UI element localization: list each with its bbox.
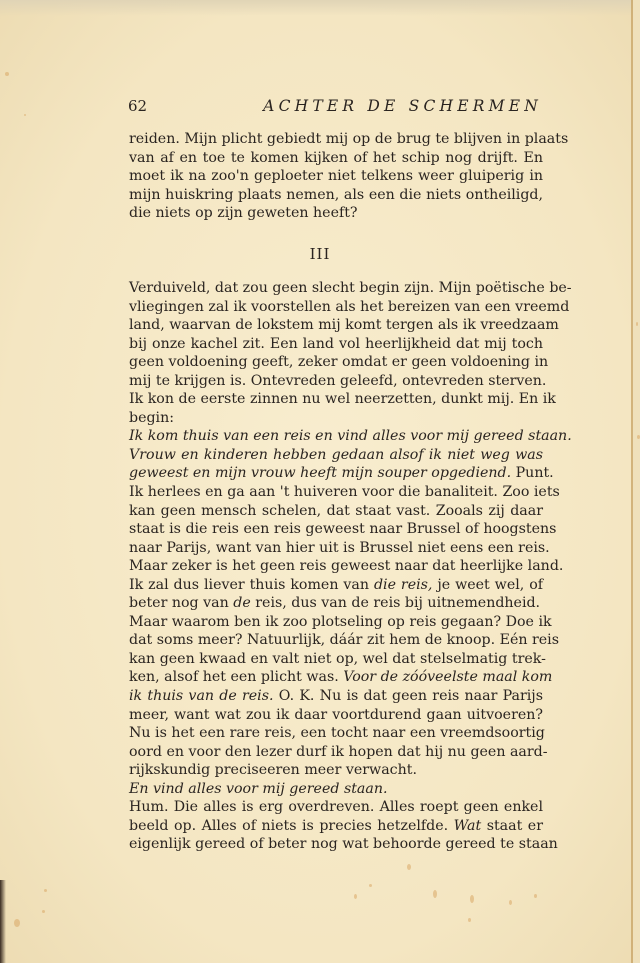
book-title: ACHTER DE SCHERMEN [263, 97, 542, 115]
text-segment: Maar zeker is het geen reis geweest naar… [129, 558, 563, 574]
page-number: 62 [128, 97, 147, 115]
text-segment: naar Parijs, want van hier uit is Brusse… [129, 540, 550, 556]
foxing-spot [636, 322, 638, 326]
foxing-spot [24, 114, 26, 116]
text-segment: land, waarvan de lokstem mij komt tergen… [129, 317, 559, 333]
italic-text: Wat [454, 818, 482, 834]
text-line: Ik kon de eerste zinnen nu wel neerzette… [129, 390, 543, 409]
text-segment: bij onze kachel zit. Een land vol heerli… [129, 336, 543, 352]
italic-text: die reis, [374, 577, 432, 593]
text-line: begin: [129, 409, 543, 428]
book-page: 62 ACHTER DE SCHERMEN reiden. Mijn plich… [0, 0, 640, 963]
text-segment: meer, want wat zou ik daar voortdurend g… [129, 707, 543, 723]
italic-text: de [233, 595, 250, 611]
text-line: beeld op. Alles of niets is precies hetz… [129, 817, 543, 836]
text-segment: oord en voor den lezer durf ik hopen dat… [129, 744, 548, 760]
text-line: rijkskundig preciseeren meer verwacht. [129, 761, 543, 780]
text-line: Nu is het een rare reis, een tocht naar … [129, 724, 543, 743]
text-line: geweest en mijn vrouw heeft mijn souper … [129, 464, 543, 483]
foxing-spot [42, 910, 45, 913]
foxing-spot [354, 894, 357, 899]
text-line: dat soms meer? Natuurlijk, dáár zit hem … [129, 631, 543, 650]
text-segment: van af en toe te komen kijken of het sch… [129, 150, 543, 166]
text-line: Maar zeker is het geen reis geweest naar… [129, 557, 543, 576]
text-segment: mij te krijgen is. Ontevreden geleefd, o… [129, 373, 546, 389]
text-line: kan geen kwaad en valt niet op, wel dat … [129, 650, 543, 669]
text-line: beter nog van de reis, dus van de reis b… [129, 594, 543, 613]
foxing-spot [369, 884, 372, 887]
text-line: En vind alles voor mij gereed staan. [129, 780, 543, 799]
text-segment: Ik kon de eerste zinnen nu wel neerzette… [129, 391, 556, 407]
text-segment: geen voldoening geeft, zeker omdat er ge… [129, 354, 548, 370]
page-top-shadow [0, 0, 640, 16]
section-number: III [310, 245, 331, 263]
italic-text: En vind alles voor mij gereed staan. [129, 781, 388, 797]
text-line: Ik zal dus liever thuis komen van die re… [129, 576, 543, 595]
italic-text: Ik kom thuis van een reis en vind alles … [129, 428, 572, 444]
foxing-spot [14, 919, 20, 927]
foxing-spot [509, 900, 512, 905]
text-segment: je weet wel, of [432, 577, 543, 593]
text-segment: moet ik na zoo'n geploeter niet telkens … [129, 168, 543, 184]
text-segment: eigenlijk gereed of beter nog wat behoor… [129, 836, 558, 852]
text-line: ik thuis van de reis. O. K. Nu is dat ge… [129, 687, 543, 706]
text-line: Ik kom thuis van een reis en vind alles … [129, 427, 543, 446]
foxing-spot [407, 864, 411, 870]
text-segment: ken, alsof het een plicht was. [129, 669, 343, 685]
text-segment: rijkskundig preciseeren meer verwacht. [129, 762, 417, 778]
text-line: vliegingen zal ik voorstellen als het be… [129, 298, 543, 317]
text-line: geen voldoening geeft, zeker omdat er ge… [129, 353, 543, 372]
text-line: eigenlijk gereed of beter nog wat behoor… [129, 835, 543, 854]
text-segment: mijn huiskring plaats nemen, als een die… [129, 187, 543, 203]
text-line: ken, alsof het een plicht was. Voor de z… [129, 668, 543, 687]
text-line: Hum. Die alles is erg overdreven. Alles … [129, 798, 543, 817]
text-segment: Verduiveld, dat zou geen slecht begin zi… [129, 280, 572, 296]
text-segment: die niets op zijn geweten heeft? [129, 205, 358, 221]
text-line: meer, want wat zou ik daar voortdurend g… [129, 706, 543, 725]
text-line: van af en toe te komen kijken of het sch… [129, 149, 543, 168]
text-segment: kan geen mensch schelen, dat staat vast.… [129, 503, 543, 519]
text-segment: beeld op. Alles of niets is precies hetz… [129, 818, 454, 834]
text-line: kan geen mensch schelen, dat staat vast.… [129, 502, 543, 521]
foxing-spot [534, 894, 537, 898]
section-body: Verduiveld, dat zou geen slecht begin zi… [129, 279, 543, 854]
text-line: moet ik na zoo'n geploeter niet telkens … [129, 167, 543, 186]
text-line: bij onze kachel zit. Een land vol heerli… [129, 335, 543, 354]
text-line: die niets op zijn geweten heeft? [129, 204, 543, 223]
text-segment: Punt. [511, 465, 554, 481]
foxing-spot [44, 889, 47, 892]
text-line: mijn huiskring plaats nemen, als een die… [129, 186, 543, 205]
text-segment: dat soms meer? Natuurlijk, dáár zit hem … [129, 632, 559, 648]
text-segment: reis, dus van de reis bij uitnemendheid. [251, 595, 540, 611]
text-line: staat is die reis een reis geweest naar … [129, 520, 543, 539]
text-line: Ik herlees en ga aan 't huiveren voor di… [129, 483, 543, 502]
text-segment: Hum. Die alles is erg overdreven. Alles … [129, 799, 543, 815]
text-segment: beter nog van [129, 595, 233, 611]
text-line: oord en voor den lezer durf ik hopen dat… [129, 743, 543, 762]
text-segment: vliegingen zal ik voorstellen als het be… [129, 299, 569, 315]
text-line: land, waarvan de lokstem mij komt tergen… [129, 316, 543, 335]
text-segment: begin: [129, 410, 174, 426]
text-segment: Maar waarom ben ik zoo plotseling op rei… [129, 614, 552, 630]
foxing-spot [5, 72, 9, 76]
text-segment: staat is die reis een reis geweest naar … [129, 521, 556, 537]
italic-text: Vrouw en kinderen hebben gedaan alsof ik… [129, 447, 543, 463]
text-line: Vrouw en kinderen hebben gedaan alsof ik… [129, 446, 543, 465]
text-segment: Ik zal dus liever thuis komen van [129, 577, 374, 593]
page-right-edge [633, 0, 640, 963]
foxing-spot [470, 895, 474, 903]
foxing-spot [433, 890, 437, 898]
running-head: 62 ACHTER DE SCHERMEN [128, 97, 542, 119]
text-line: mij te krijgen is. Ontevreden geleefd, o… [129, 372, 543, 391]
text-segment: Nu is het een rare reis, een tocht naar … [129, 725, 545, 741]
page-left-edge-shadow [0, 880, 6, 963]
italic-text: Voor de zóóveelste maal kom [343, 669, 552, 685]
text-line: reiden. Mijn plicht gebiedt mij op de br… [129, 130, 543, 149]
text-line: Maar waarom ben ik zoo plotseling op rei… [129, 613, 543, 632]
text-segment: staat er [481, 818, 543, 834]
italic-text: ik thuis van de reis. [129, 688, 274, 704]
text-segment: kan geen kwaad en valt niet op, wel dat … [129, 651, 546, 667]
text-line: Verduiveld, dat zou geen slecht begin zi… [129, 279, 543, 298]
foxing-spot [468, 918, 471, 922]
text-segment: Ik herlees en ga aan 't huiveren voor di… [129, 484, 560, 500]
opening-paragraph: reiden. Mijn plicht gebiedt mij op de br… [129, 130, 543, 223]
text-line: naar Parijs, want van hier uit is Brusse… [129, 539, 543, 558]
text-segment: O. K. Nu is dat geen reis naar Parijs [274, 688, 543, 704]
italic-text: geweest en mijn vrouw heeft mijn souper … [129, 465, 511, 481]
text-segment: reiden. Mijn plicht gebiedt mij op de br… [129, 131, 568, 147]
